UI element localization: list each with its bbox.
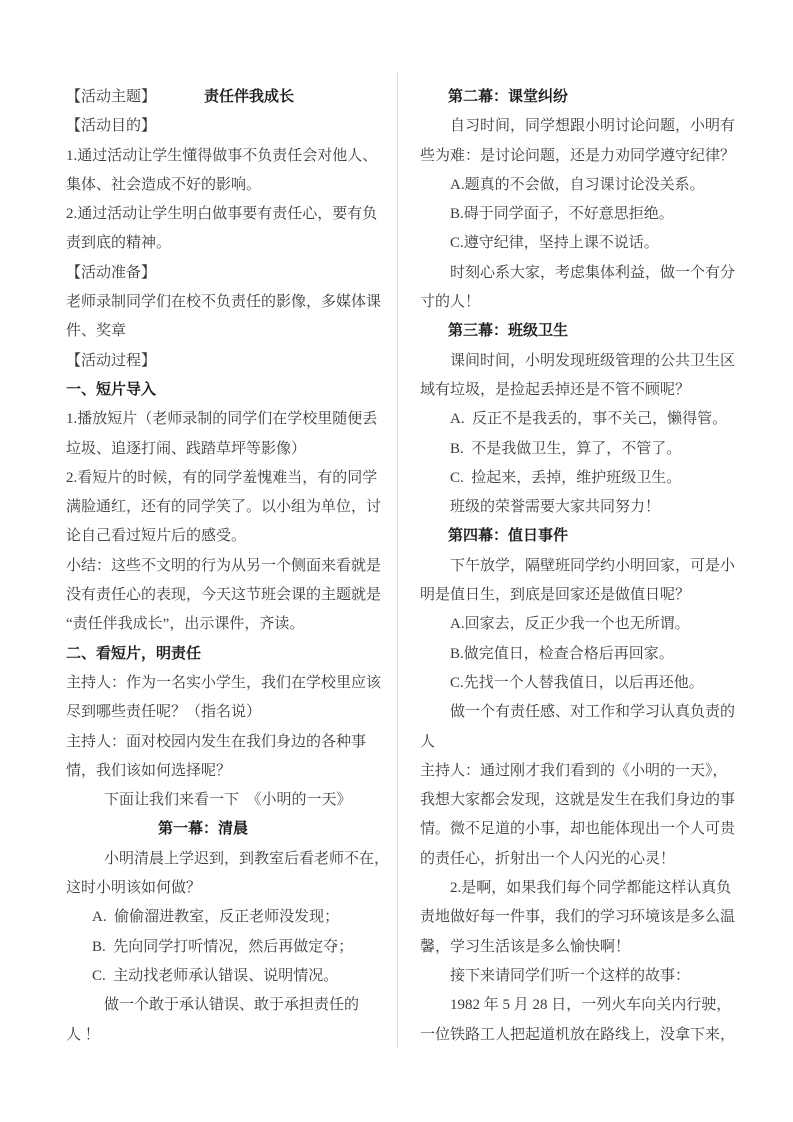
text-line: C. 捡起来，丢掉，维护班级卫生。 <box>420 464 738 493</box>
text-line: 小结：这些不文明的行为从另一个侧面来看就是 <box>66 552 391 581</box>
text-line: 这时小明该如何做？ <box>66 874 391 903</box>
text-line: 下午放学，隔壁班同学约小明回家，可是小 <box>420 552 738 581</box>
text-line: 自习时间，同学想跟小明讨论问题，小明有 <box>420 112 738 141</box>
text-line: 主持人：作为一名实小学生，我们在学校里应该 <box>66 669 391 698</box>
text-line: 满脸通红，还有的同学笑了。以小组为单位，讨 <box>66 493 391 522</box>
text-line: 做一个有责任感、对工作和学习认真负责的 <box>420 698 738 727</box>
text-line: 人 <box>420 728 738 757</box>
text-line: 集体、社会造成不好的影响。 <box>66 171 391 200</box>
text-line: 论自己看过短片后的感受。 <box>66 522 391 551</box>
text-line: 2.通过活动让学生明白做事要有责任心，要有负 <box>66 200 391 229</box>
text-line: 一位铁路工人把起道机放在路线上，没拿下来， <box>420 1021 738 1050</box>
heading-line: 第三幕：班级卫生 <box>420 317 738 346</box>
heading-line: 一、短片导入 <box>66 376 391 405</box>
text-line: 接下来请同学们听一个这样的故事： <box>420 962 738 991</box>
text-line: 尽到哪些责任呢？（指名说） <box>66 698 391 727</box>
text-line: 【活动目的】 <box>66 112 391 141</box>
document-title: 责任伴我成长 <box>204 89 294 105</box>
text-line: 域有垃圾，是捡起丢掉还是不管不顾呢？ <box>420 376 738 405</box>
text-line: 馨，学习生活该是多么愉快啊！ <box>420 933 738 962</box>
text-line: 责地做好每一件事，我们的学习环境该是多么温 <box>420 903 738 932</box>
text-line: A.题真的不会做，自习课讨论没关系。 <box>420 171 738 200</box>
text-line: 1.播放短片（老师录制的同学们在学校里随便丢 <box>66 405 391 434</box>
text-line: 2.是啊，如果我们每个同学都能这样认真负 <box>420 874 738 903</box>
text-line: 【活动过程】 <box>66 347 391 376</box>
heading-line: 第二幕：课堂纠纷 <box>420 83 738 112</box>
text-line: 时刻心系大家，考虑集体利益，做一个有分 <box>420 259 738 288</box>
text-line: A.回家去，反正少我一个也无所谓。 <box>420 610 738 639</box>
text-column-right: 第二幕：课堂纠纷自习时间，同学想跟小明讨论问题，小明有些为难：是讨论问题，还是力… <box>420 83 738 1050</box>
text-line: 2.看短片的时候，有的同学羞愧难当，有的同学 <box>66 464 391 493</box>
text-line: 课间时间，小明发现班级管理的公共卫生区 <box>420 347 738 376</box>
text-line: “责任伴我成长”，出示课件，齐读。 <box>66 610 391 639</box>
text-line: 情，我们该如何选择呢？ <box>66 757 391 786</box>
text-line: 些为难：是讨论问题，还是力劝同学遵守纪律？ <box>420 142 738 171</box>
text-column-left: 【活动主题】责任伴我成长【活动目的】1.通过活动让学生懂得做事不负责任会对他人、… <box>66 83 391 1050</box>
heading-line: 第一幕：清晨 <box>66 815 391 844</box>
text-line: 主持人：通过刚才我们看到的《小明的一天》， <box>420 757 738 786</box>
text-line: 人 ！ <box>66 1021 391 1050</box>
text-line: 主持人：面对校园内发生在我们身边的各种事 <box>66 728 391 757</box>
text-line: 垃圾、追逐打闹、践踏草坪等影像） <box>66 435 391 464</box>
document-page: 【活动主题】责任伴我成长【活动目的】1.通过活动让学生懂得做事不负责任会对他人、… <box>0 0 793 1122</box>
text-line: 情。微不足道的小事，却也能体现出一个人可贵 <box>420 815 738 844</box>
text-line: 的责任心，折射出一个人闪光的心灵！ <box>420 845 738 874</box>
text-line: 1.通过活动让学生懂得做事不负责任会对他人、 <box>66 142 391 171</box>
text-line: C.先找一个人替我值日，以后再还他。 <box>420 669 738 698</box>
text-line: A. 偷偷溜进教室，反正老师没发现； <box>66 903 391 932</box>
text-line: 件、奖章 <box>66 317 391 346</box>
text-line: 明是值日生，到底是回家还是做值日呢？ <box>420 581 738 610</box>
text-line: 班级的荣誉需要大家共同努力！ <box>420 493 738 522</box>
text-line: 小明清晨上学迟到，到教室后看老师不在， <box>66 845 391 874</box>
text-line: 老师录制同学们在校不负责任的影像，多媒体课 <box>66 288 391 317</box>
text-line: 没有责任心的表现，今天这节班会课的主题就是 <box>66 581 391 610</box>
text-line: 寸的人！ <box>420 288 738 317</box>
heading-line: 二、看短片，明责任 <box>66 640 391 669</box>
text-line: B.碍于同学面子，不好意思拒绝。 <box>420 200 738 229</box>
text-line: 做一个敢于承认错误、敢于承担责任的 <box>66 991 391 1020</box>
text-line: 1982 年 5 月 28 日，一列火车向关内行驶， <box>420 991 738 1020</box>
text-line: C.遵守纪律，坚持上课不说话。 <box>420 229 738 258</box>
text-line: B. 不是我做卫生，算了，不管了。 <box>420 435 738 464</box>
column-divider <box>397 72 398 1048</box>
text-line: A. 反正不是我丢的，事不关己，懒得管。 <box>420 405 738 434</box>
text-line: C. 主动找老师承认错误、说明情况。 <box>66 962 391 991</box>
text-line: 责到底的精神。 <box>66 229 391 258</box>
text-line: B.做完值日，检查合格后再回家。 <box>420 640 738 669</box>
heading-line: 第四幕：值日事件 <box>420 522 738 551</box>
title-line: 【活动主题】责任伴我成长 <box>66 83 391 112</box>
text-line: 【活动准备】 <box>66 259 391 288</box>
text-line: 下面让我们来看一下 《小明的一天》 <box>66 786 391 815</box>
topic-label: 【活动主题】 <box>66 89 156 105</box>
text-line: B. 先向同学打听情况，然后再做定夺； <box>66 933 391 962</box>
text-line: 我想大家都会发现，这就是发生在我们身边的事 <box>420 786 738 815</box>
